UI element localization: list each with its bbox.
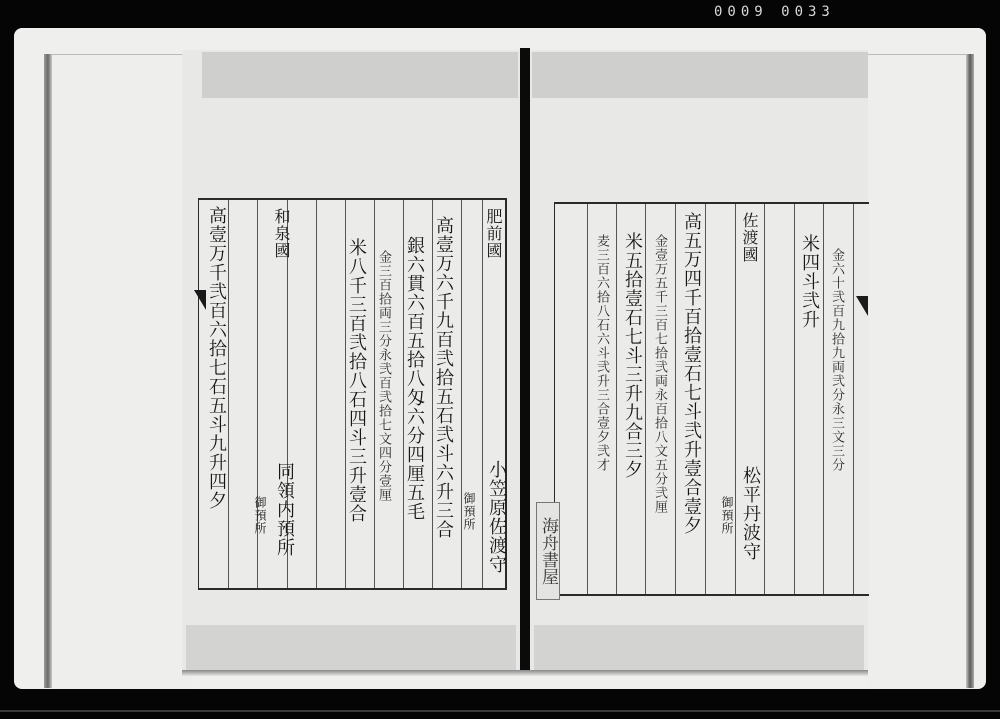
top-band — [202, 52, 518, 98]
lord-name: 松平丹波守 — [741, 466, 759, 561]
entry: 高五万四千百拾壹石七斗弐升壹合壹夕 — [682, 212, 700, 535]
entry: 金六十弐百九拾九両弐分永三文三分 — [830, 248, 843, 472]
entry: 麦三百六拾八石六斗弐升三合壹夕弐才 — [595, 234, 608, 472]
entry: 金壹万五千三百七拾弐両永百拾八文五分弐厘 — [653, 234, 666, 514]
rule-line — [374, 200, 375, 588]
bottom-band — [186, 625, 516, 671]
ruled-grid: 金六十弐百九拾九両弐分永三文三分 米四斗弐升 佐渡國 松平丹波守 御預所 高五万… — [554, 202, 869, 596]
entry: 米八千三百弐拾八石四斗三升壹合 — [347, 238, 365, 523]
entry: 高壹万千弐百六拾七石五斗九升四夕 — [207, 206, 225, 510]
entry: 高壹万六千九百弐拾五石弐斗六升三合 — [434, 216, 452, 539]
rule-line — [587, 204, 588, 594]
gutter — [520, 48, 530, 673]
rule-line — [705, 204, 706, 594]
entry: 金三百拾両三分永弐百弐拾七文四分壹厘 — [377, 250, 390, 502]
note: 御預所 — [463, 492, 475, 531]
rule-line — [482, 200, 483, 588]
rule-line — [675, 204, 676, 594]
province-title: 和泉國 — [273, 208, 289, 259]
note: 御預所 — [721, 496, 733, 535]
rule-line — [794, 204, 795, 594]
province-title: 肥前國 — [485, 208, 501, 259]
book-endpaper-left — [52, 54, 192, 689]
rule-line — [853, 204, 854, 594]
entry: 米五拾壹石七斗三升九合三夕 — [623, 232, 641, 479]
lord-name: 同領内預所 — [275, 462, 293, 557]
book-endpaper-right — [866, 54, 966, 689]
rule-line — [645, 204, 646, 594]
page-bottom-shadow — [182, 670, 868, 676]
left-page: 肥前國 小笠原佐渡守 御預所 高壹万六千九百弐拾五石弐斗六升三合 銀六貫六百五拾… — [182, 50, 520, 675]
rule-line — [316, 200, 317, 588]
rule-line — [764, 204, 765, 594]
rule-line — [735, 204, 736, 594]
ruled-grid: 肥前國 小笠原佐渡守 御預所 高壹万六千九百弐拾五石弐斗六升三合 銀六貫六百五拾… — [198, 198, 507, 590]
entry: 米四斗弐升 — [800, 234, 818, 329]
rule-line — [823, 204, 824, 594]
rule-line — [616, 204, 617, 594]
top-band — [532, 52, 868, 98]
bottom-band — [534, 625, 864, 671]
collector-seal-stamp: 海舟書屋 — [536, 502, 560, 600]
note: 御預所 — [254, 496, 266, 535]
entry: 銀六貫六百五拾八匁六分四厘五毛 — [405, 236, 423, 521]
book-left-edge — [44, 54, 52, 688]
film-bottom-strip — [0, 710, 1000, 712]
right-page: 金六十弐百九拾九両弐分永三文三分 米四斗弐升 佐渡國 松平丹波守 御預所 高五万… — [530, 50, 868, 675]
book-right-edge — [966, 54, 974, 688]
frame-number: 0009 0033 — [714, 4, 835, 20]
rule-line — [228, 200, 229, 588]
lord-name: 小笠原佐渡守 — [487, 460, 505, 574]
province-title: 佐渡國 — [741, 212, 757, 263]
